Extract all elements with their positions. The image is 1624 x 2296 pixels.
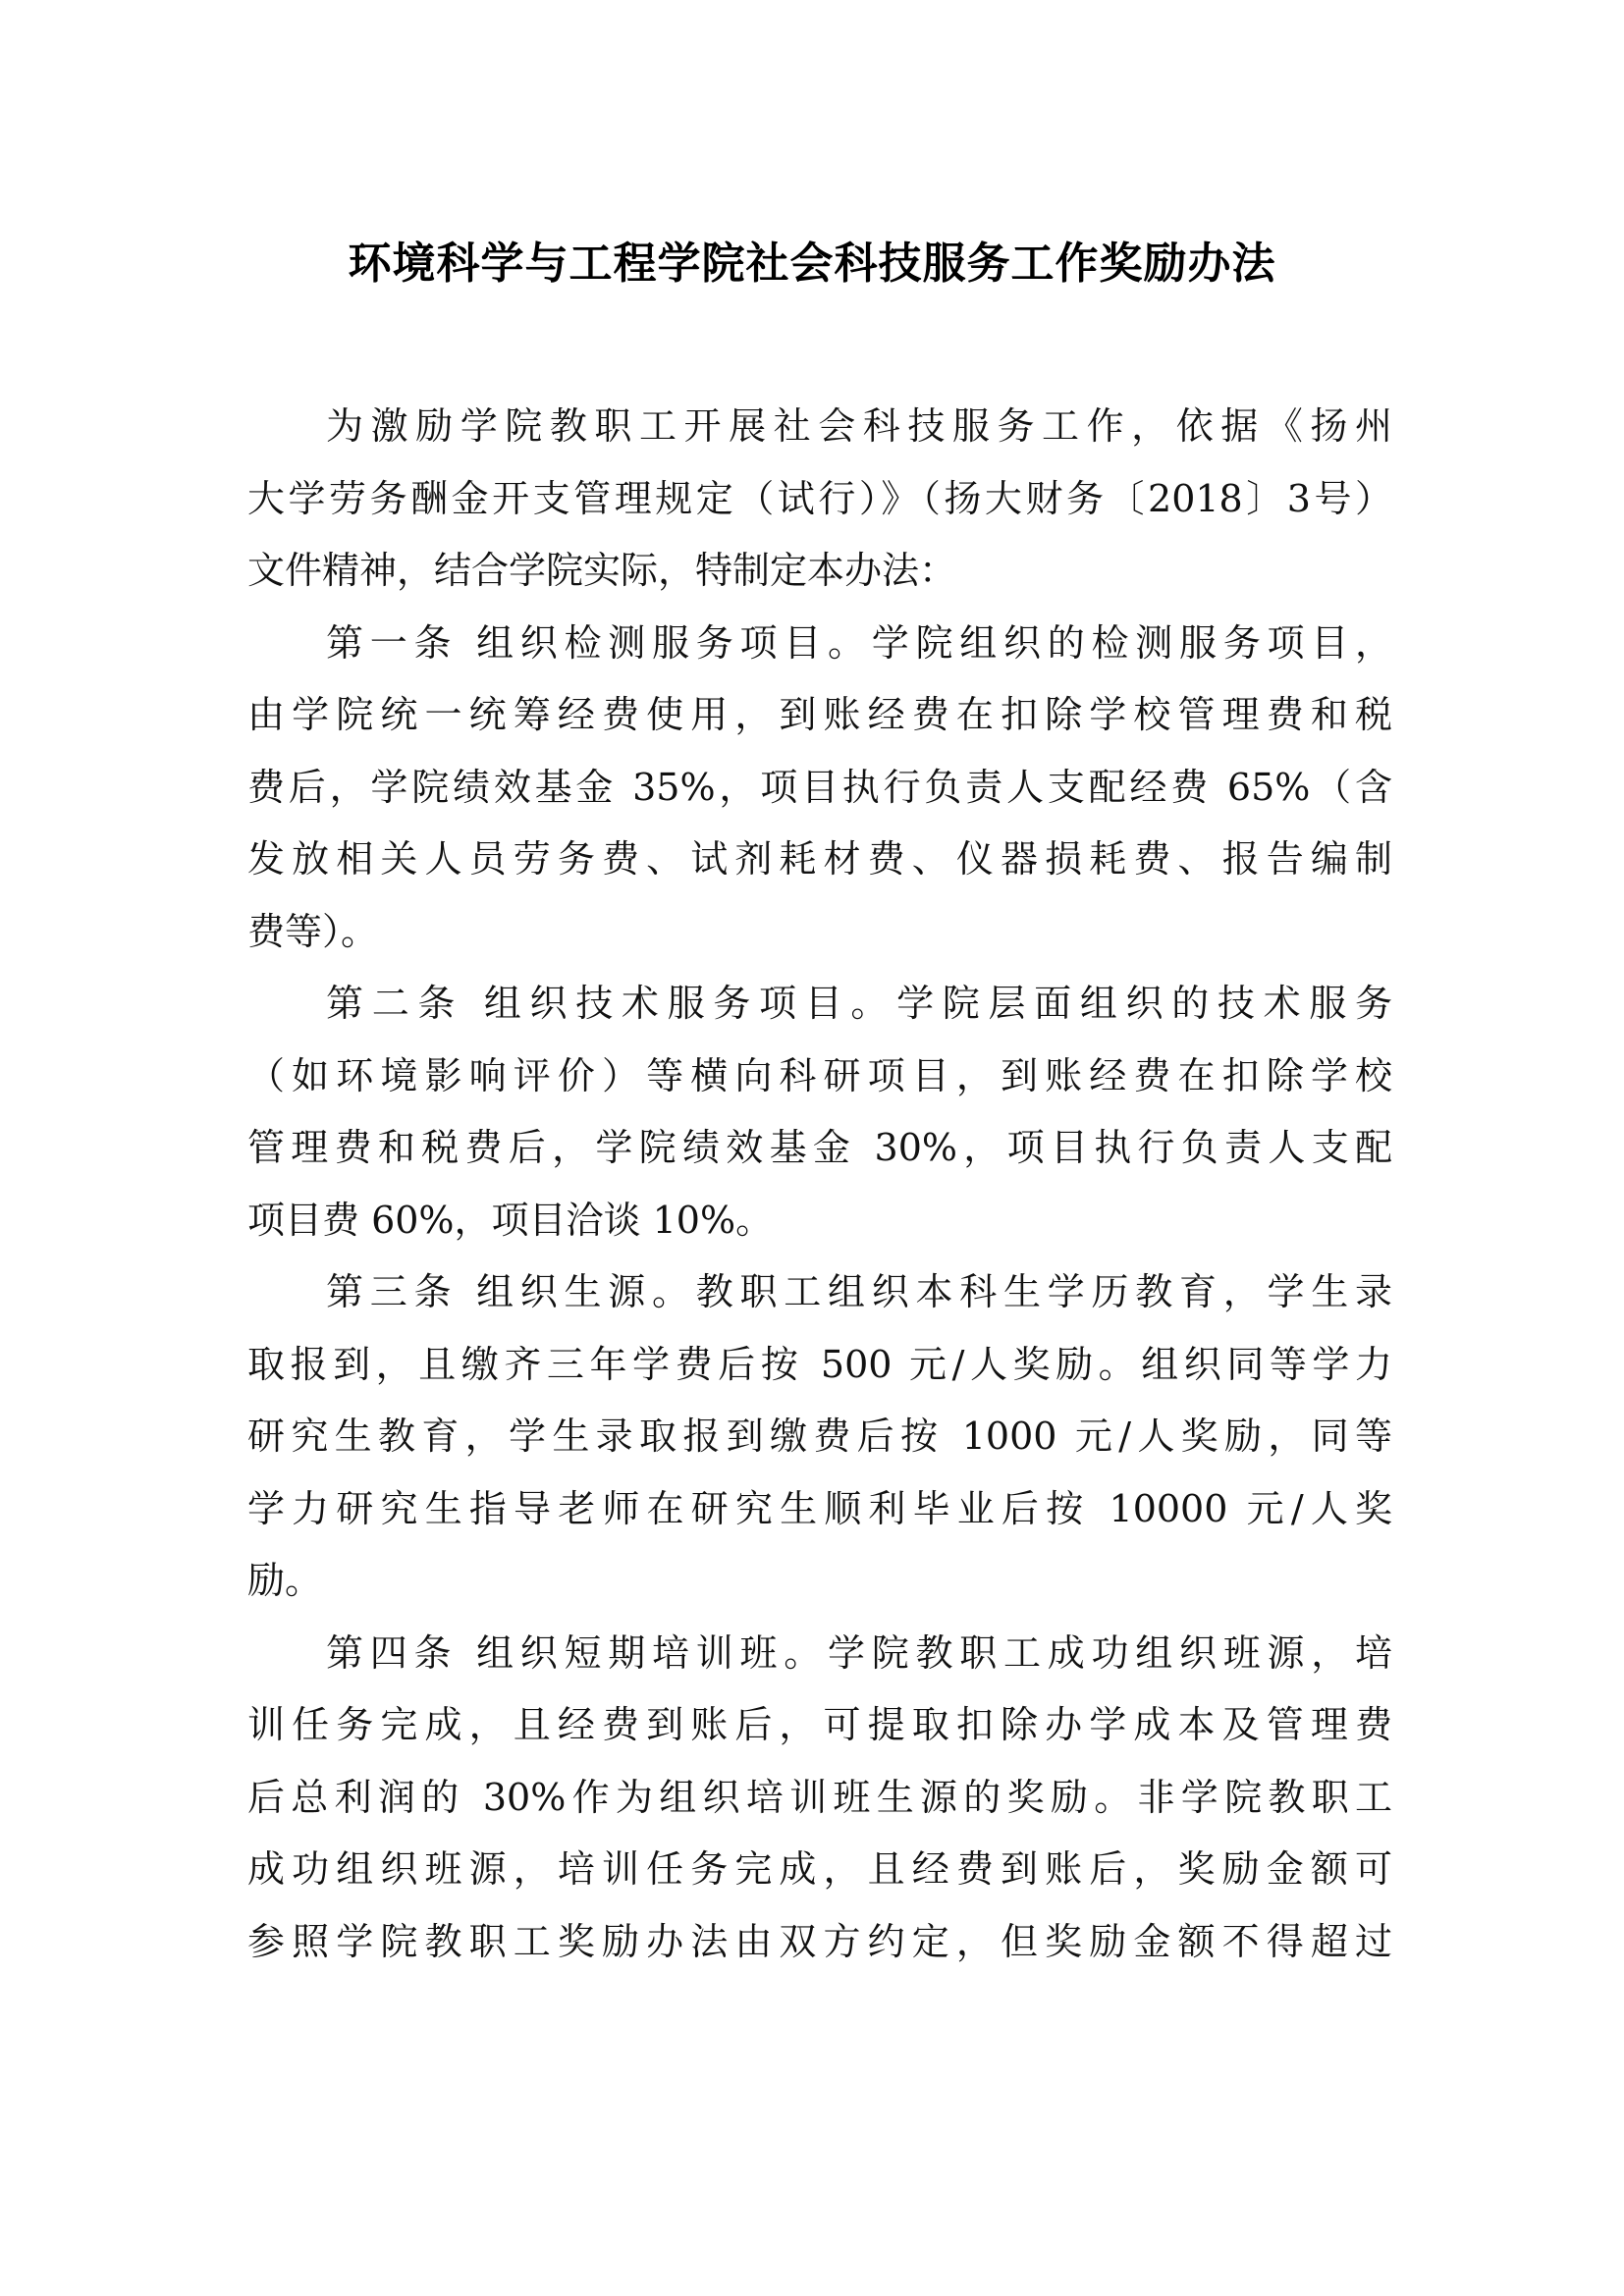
text-line: 费等）。 [247,896,1392,969]
text-line: 第四条 组织短期培训班。学院教职工成功组织班源，培 [247,1618,1392,1690]
text-line: 项目费 60%，项目洽谈 10%。 [247,1185,1392,1257]
text-line: 第三条 组织生源。教职工组织本科生学历教育，学生录 [247,1256,1392,1329]
text-line: 成功组织班源，培训任务完成，且经费到账后，奖励金额可 [247,1834,1392,1906]
text-line: 后总利润的 30%作为组织培训班生源的奖励。非学院教职工 [247,1762,1392,1835]
document-title: 环境科学与工程学院社会科技服务工作奖励办法 [0,228,1624,291]
paragraph-article-3: 第三条 组织生源。教职工组织本科生学历教育，学生录 取报到，且缴齐三年学费后按 … [247,1256,1392,1618]
document-body: 为激励学院教职工开展社会科技服务工作，依据《扬州 大学劳务酬金开支管理规定（试行… [247,391,1392,1978]
document-page: 环境科学与工程学院社会科技服务工作奖励办法 为激励学院教职工开展社会科技服务工作… [0,0,1624,2296]
text-line: 第一条 组织检测服务项目。学院组织的检测服务项目， [247,608,1392,680]
paragraph-article-2: 第二条 组织技术服务项目。学院层面组织的技术服务 （如环境影响评价）等横向科研项… [247,968,1392,1256]
text-line: 发放相关人员劳务费、试剂耗材费、仪器损耗费、报告编制 [247,824,1392,896]
text-line: 研究生教育，学生录取报到缴费后按 1000 元/人奖励，同等 [247,1401,1392,1473]
text-line: 学力研究生指导老师在研究生顺利毕业后按 10000 元/人奖 [247,1473,1392,1546]
text-line: 大学劳务酬金开支管理规定（试行）》（扬大财务〔2018〕3号） [247,463,1392,536]
text-line: （如环境影响评价）等横向科研项目，到账经费在扣除学校 [247,1041,1392,1113]
paragraph-article-4: 第四条 组织短期培训班。学院教职工成功组织班源，培 训任务完成，且经费到账后，可… [247,1618,1392,1979]
text-line: 费后，学院绩效基金 35%，项目执行负责人支配经费 65%（含 [247,752,1392,825]
text-line: 文件精神，结合学院实际，特制定本办法： [247,535,1392,608]
text-line: 训任务完成，且经费到账后，可提取扣除办学成本及管理费 [247,1689,1392,1762]
text-line: 管理费和税费后，学院绩效基金 30%，项目执行负责人支配 [247,1112,1392,1185]
text-line: 参照学院教职工奖励办法由双方约定，但奖励金额不得超过 [247,1906,1392,1979]
paragraph-preamble: 为激励学院教职工开展社会科技服务工作，依据《扬州 大学劳务酬金开支管理规定（试行… [247,391,1392,608]
text-line: 励。 [247,1545,1392,1618]
text-line: 为激励学院教职工开展社会科技服务工作，依据《扬州 [247,391,1392,463]
text-line: 第二条 组织技术服务项目。学院层面组织的技术服务 [247,968,1392,1041]
text-line: 由学院统一统筹经费使用，到账经费在扣除学校管理费和税 [247,679,1392,752]
paragraph-article-1: 第一条 组织检测服务项目。学院组织的检测服务项目， 由学院统一统筹经费使用，到账… [247,608,1392,969]
text-line: 取报到，且缴齐三年学费后按 500 元/人奖励。组织同等学力 [247,1329,1392,1402]
